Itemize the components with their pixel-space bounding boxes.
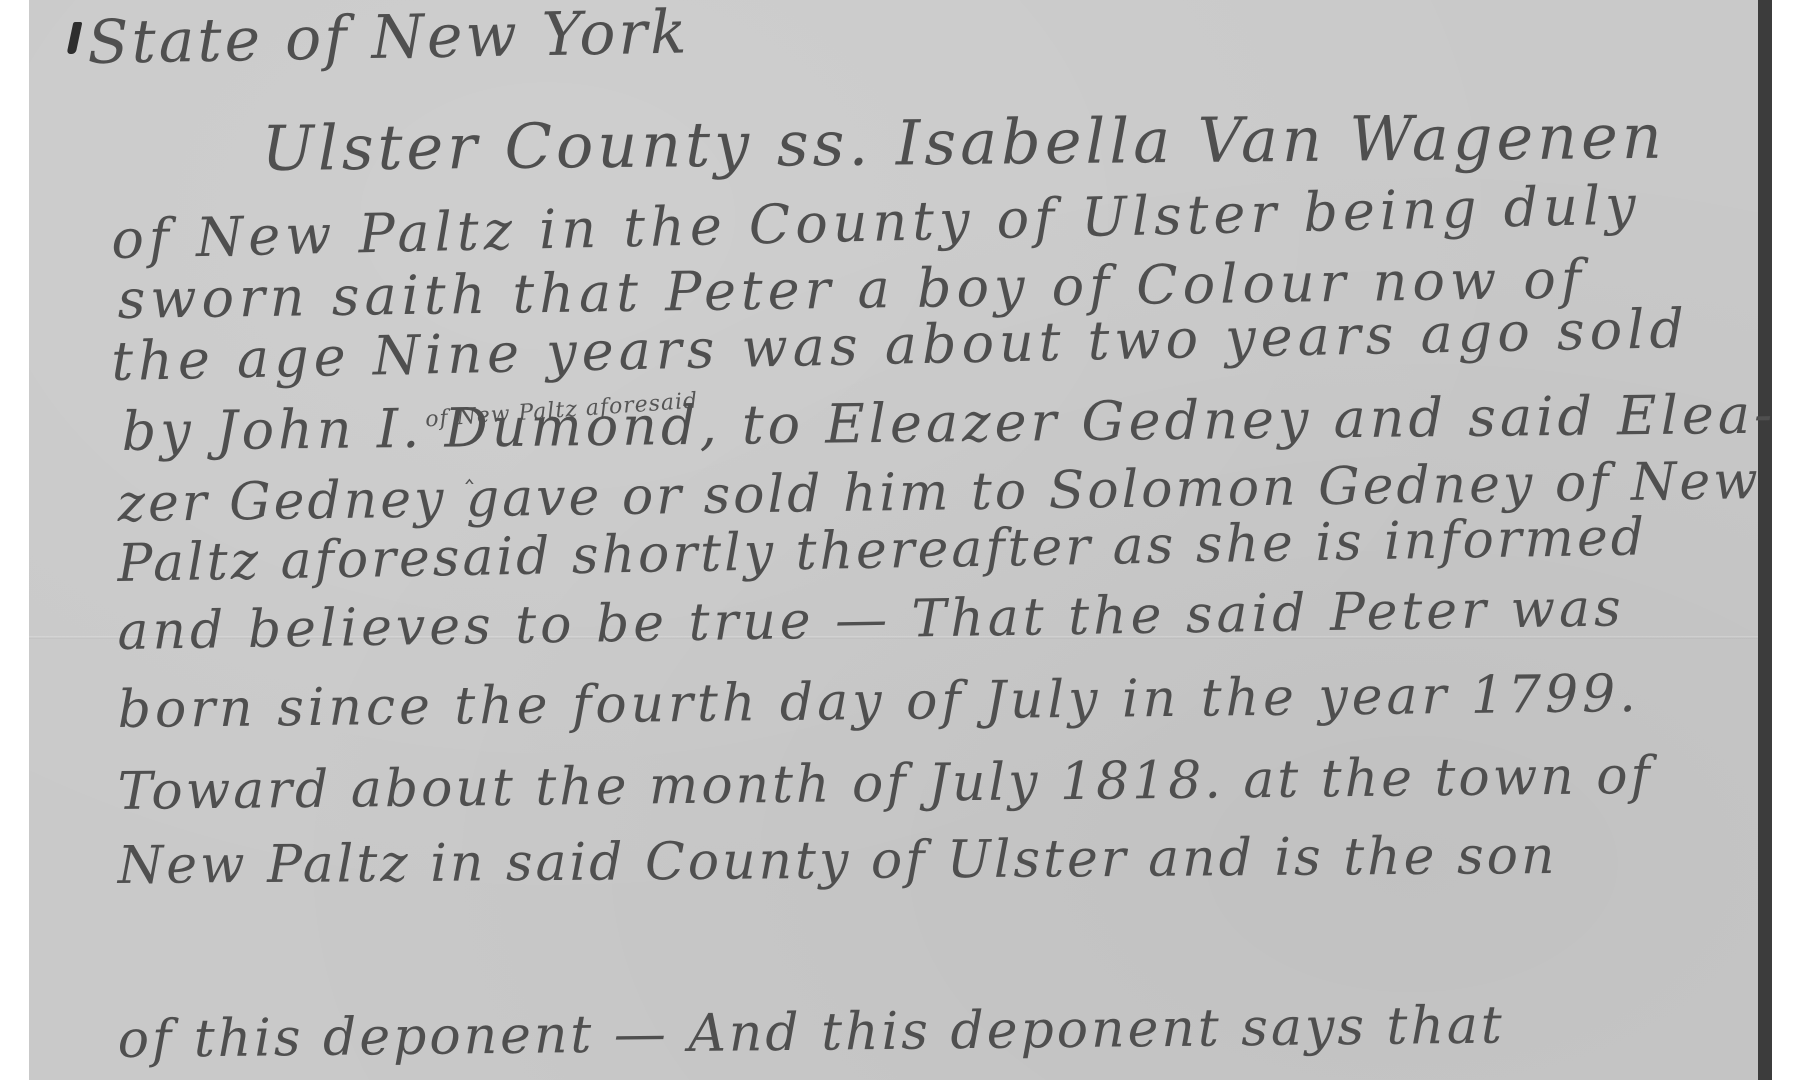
page-right-edge — [1758, 0, 1772, 1080]
manuscript-line-1: Ulster County ss. Isabella Van Wagenen — [261, 100, 1666, 185]
manuscript-line-11: New Paltz in said County of Ulster and i… — [118, 826, 1558, 896]
document-heading: State of New York — [87, 0, 690, 78]
